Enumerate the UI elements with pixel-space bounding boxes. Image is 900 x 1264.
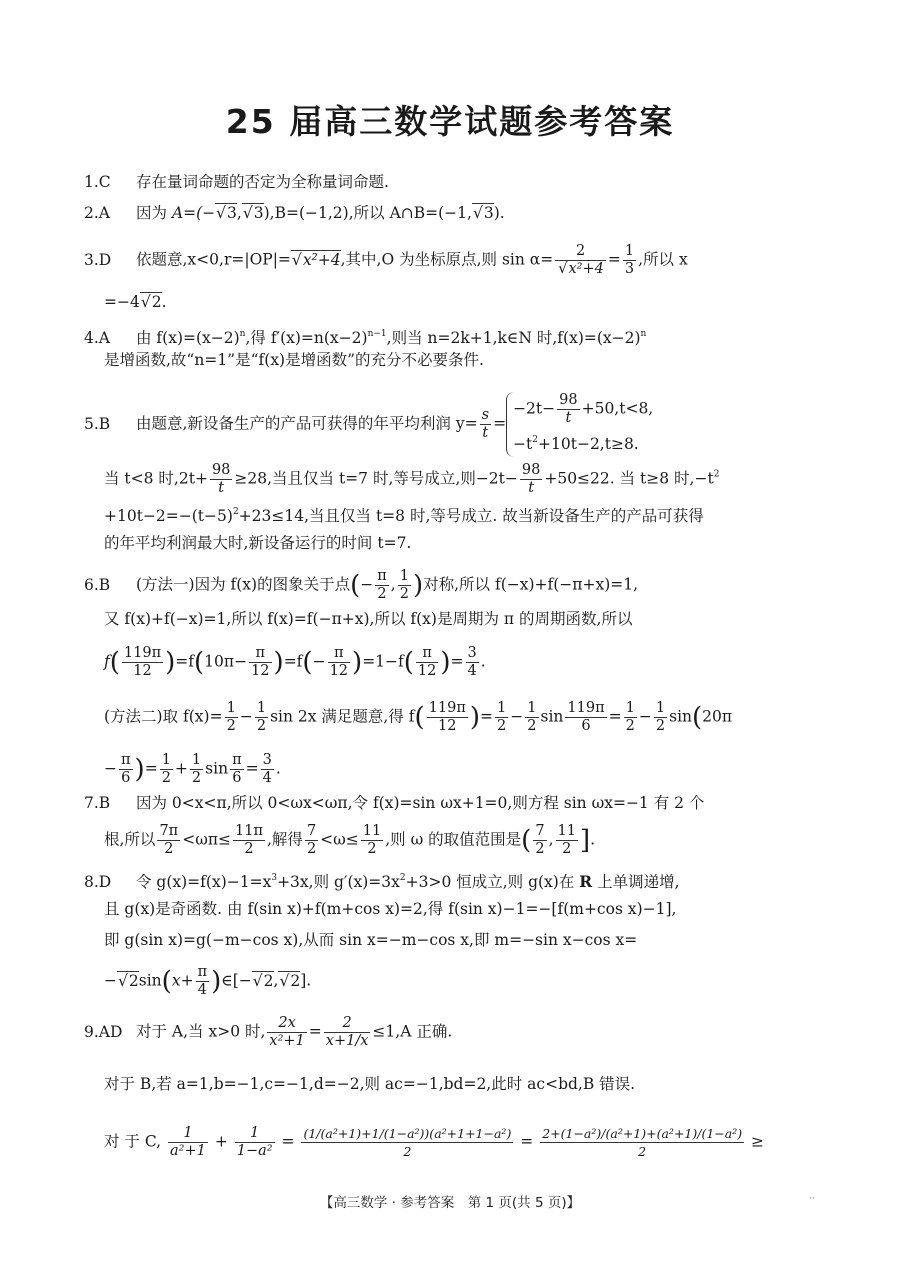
denominator: 2 [540, 1142, 744, 1160]
answer-text: R [579, 872, 592, 891]
answer-4-cont: 是增函数,故“n=1”是“f(x)是增函数”的充分不必要条件. [104, 350, 484, 370]
answer-number: 1.C [84, 172, 136, 192]
denominator: 2 [305, 840, 318, 858]
numerator: 7 [305, 823, 318, 840]
answer-text: 因为 0<x<π,所以 0<ωx<ωπ,令 f(x)=sin ωx+1=0,则方… [136, 794, 704, 812]
numerator: 11 [361, 823, 383, 840]
paren: ) [165, 648, 175, 678]
denominator: x²+1 [267, 1032, 306, 1050]
fraction: 112 [556, 823, 578, 858]
answer-6-method-2-cont: −π6)=12+12sinπ6=34. [104, 752, 281, 787]
answer-text: =−4 [104, 293, 140, 311]
exponent: n−1 [368, 329, 387, 339]
fraction: 34 [261, 752, 274, 787]
sqrt-expr: 3 [472, 203, 494, 222]
answer-text: sin 2x 满足题意,得 f [270, 708, 414, 726]
paren: ) [274, 648, 284, 678]
fraction: 98t [520, 462, 542, 497]
answer-text: − [240, 708, 253, 726]
denominator: t [480, 424, 491, 442]
denominator: 4 [196, 981, 210, 999]
denominator: 2 [654, 717, 667, 735]
numerator: 7 [533, 823, 546, 840]
numerator: 1 [225, 700, 238, 717]
answer-text: +50≤22. 当 t≥8 时,−t [544, 470, 713, 488]
numerator: 1 [654, 700, 667, 717]
answer-text: 且 g(x)是奇函数. 由 f(sin x)+f(m+cos x)=2,得 f(… [104, 900, 676, 918]
answer-text: + [215, 1133, 228, 1151]
answer-text: ≥28,当且仅当 t=7 时,等号成立,则−2t− [234, 470, 518, 488]
answer-text: . [590, 831, 595, 849]
denominator: 6 [119, 769, 133, 787]
answer-text: = [480, 708, 493, 726]
paren: ( [415, 703, 425, 733]
answer-number: 8.D [84, 872, 136, 892]
answer-text: +10t−2=−(t−5) [104, 507, 233, 525]
answer-text: x+ [172, 972, 194, 990]
numerator: 11 [556, 823, 578, 840]
answer-number: 2.A [84, 203, 136, 223]
fraction: 2xx²+1 [267, 1015, 306, 1050]
answer-text: 10π− [204, 653, 247, 671]
fraction: 34 [466, 645, 479, 680]
page-footer: 【高三数学 · 参考答案 第 1 页(共 5 页)】 [0, 1191, 900, 1211]
answer-9-cont-1: 对于 B,若 a=1,b=−1,c=−1,d=−2,则 ac=−1,bd=2,此… [104, 1074, 635, 1094]
answer-text: 当 t<8 时,2t+ [104, 470, 208, 488]
fraction: π6 [119, 752, 133, 787]
numerator: 1 [623, 243, 636, 260]
fraction: st [480, 407, 491, 442]
answer-4: 4.A由 f(x)=(x−2)n,得 f′(x)=n(x−2)n−1,则当 n=… [84, 324, 646, 348]
paren: ) [470, 703, 480, 733]
fraction: 12 [160, 752, 173, 787]
answer-text: − [104, 972, 117, 990]
numerator: 2 [555, 243, 606, 260]
denominator: t [557, 409, 579, 427]
denominator: 2 [225, 717, 238, 735]
denominator: 2 [233, 840, 265, 858]
numerator: 1 [495, 700, 508, 717]
numerator: π [416, 645, 438, 662]
numerator: π [196, 964, 210, 981]
answer-text: 令 g(x)=f(x)−1=x [136, 873, 271, 891]
numerator: 119π [122, 645, 163, 662]
fraction: 13 [623, 243, 636, 278]
answer-text: A=(− [172, 204, 215, 222]
answer-7: 7.B因为 0<x<π,所以 0<ωx<ωπ,令 f(x)=sin ωx+1=0… [84, 793, 704, 813]
denominator: a²+1 [168, 1142, 208, 1160]
numerator: 119π [427, 700, 468, 717]
numerator: s [480, 407, 491, 424]
numerator: 2x [267, 1015, 306, 1032]
fraction: 12 [525, 700, 538, 735]
answer-text: 对于 A,当 x>0 时, [136, 1023, 265, 1041]
fraction: 112 [361, 823, 383, 858]
sqrt-expr: 2 [117, 971, 139, 990]
numerator: π [328, 645, 350, 662]
fraction: 12 [398, 568, 411, 603]
fraction: π6 [230, 752, 244, 787]
answer-5-cont-1: 当 t<8 时,2t+98t≥28,当且仅当 t=7 时,等号成立,则−2t−9… [104, 462, 719, 497]
fraction: π4 [196, 964, 210, 999]
denominator: 3 [623, 260, 636, 278]
corner-mark: ·· [809, 1194, 815, 1204]
denominator: 2 [495, 717, 508, 735]
fraction: 98t [557, 392, 579, 427]
numerator: 98 [210, 462, 232, 479]
answer-text: (方法二)取 f(x)= [104, 708, 223, 726]
paren: ( [302, 648, 312, 678]
sqrt-expr: x²+4 [557, 260, 604, 277]
denominator: 4 [261, 769, 274, 787]
paren: ) [440, 648, 450, 678]
sqrt-expr: 2 [252, 971, 274, 990]
denominator: 12 [416, 662, 438, 680]
fraction: 12 [255, 700, 268, 735]
piece-2: −t2+10t−2,t≥8. [513, 427, 653, 457]
numerator: 1 [190, 752, 203, 769]
answer-text: ,所以 x [638, 251, 688, 269]
fraction: π12 [249, 645, 271, 680]
fraction: 2x+1/x [324, 1015, 371, 1050]
exponent: n [641, 329, 647, 339]
answer-text: 的年平均利润最大时,新设备运行的时间 t=7. [104, 534, 411, 552]
fraction: 119π6 [565, 700, 606, 735]
answer-text: = [309, 1023, 322, 1041]
answer-text: ]. [300, 972, 311, 990]
answer-7-cont: 根,所以7π2<ωπ≤11π2,解得72<ω≤112,则 ω 的取值范围是(72… [104, 823, 595, 858]
answer-number: 9.AD [84, 1022, 136, 1042]
answer-text: +23≤14,当且仅当 t=8 时,等号成立. 故当新设备生产的产品可获得 [239, 507, 704, 525]
fraction: (1/(a²+1)+1/(1−a²))(a²+1+1−a²)2 [301, 1125, 513, 1160]
answer-text: ,则 ω 的取值范围是 [385, 831, 521, 849]
paren: ( [162, 967, 172, 997]
denominator: 2 [255, 717, 268, 735]
answer-6-cont-2: f(119π12)=f(10π−π12)=f(−π12)=1−f(π12)=34… [104, 645, 486, 680]
answer-text: − [639, 708, 652, 726]
numerator: 2 [324, 1015, 371, 1032]
fraction: 12 [654, 700, 667, 735]
answer-8-cont-3: −2sin(x+π4)∈[−2,2]. [104, 964, 311, 999]
fraction: 12 [495, 700, 508, 735]
sqrt-expr: 3 [215, 203, 237, 222]
numerator: 3 [466, 645, 479, 662]
denominator: x²+4 [555, 260, 606, 278]
numerator: 1 [235, 1125, 275, 1142]
sqrt-expr: 2 [278, 971, 300, 990]
answer-text: +10t−2,t≥8. [538, 435, 639, 453]
answer-text: − [360, 576, 373, 594]
fraction: π12 [328, 645, 350, 680]
answer-8: 8.D令 g(x)=f(x)−1=x3+3x,则 g′(x)=3x2+3>0 恒… [84, 868, 680, 892]
answer-text: ,解得 [267, 831, 303, 849]
answer-text: 对称,所以 f(−x)+f(−π+x)=1, [423, 576, 638, 594]
denominator: 6 [230, 769, 244, 787]
answer-number: 3.D [84, 250, 136, 270]
answer-text: . [481, 653, 486, 671]
answer-text: 由 f(x)=(x−2) [136, 329, 240, 347]
answer-text: sin [139, 972, 162, 990]
answer-text: 由题意,新设备生产的产品可获得的年平均利润 y= [136, 415, 478, 433]
answer-5-cont-3: 的年平均利润最大时,新设备运行的时间 t=7. [104, 533, 411, 553]
answer-text: ). [494, 204, 505, 222]
answer-number: 4.A [84, 328, 136, 348]
paren: ( [194, 648, 204, 678]
answer-text: 即 g(sin x)=g(−m−cos x),从而 sin x=−m−cos x… [104, 931, 637, 949]
fraction: 11π2 [233, 823, 265, 858]
denominator: 1−a² [235, 1142, 275, 1160]
paren: ( [404, 648, 414, 678]
paren: ( [110, 648, 120, 678]
answer-2: 2.A因为 A=(−3,3),B=(−1,2),所以 A∩B=(−1,3). [84, 203, 505, 223]
denominator: 2 [160, 769, 173, 787]
fraction: 72 [533, 823, 546, 858]
answer-text: =1−f [362, 653, 404, 671]
answer-text: − [510, 708, 523, 726]
denominator: 2 [525, 717, 538, 735]
denominator: 2 [398, 585, 411, 603]
numerator: (1/(a²+1)+1/(1−a²))(a²+1+1−a²) [301, 1125, 513, 1142]
denominator: 12 [249, 662, 271, 680]
denominator: x+1/x [324, 1032, 371, 1050]
paren: ( [692, 703, 702, 733]
numerator: 1 [168, 1125, 208, 1142]
denominator: 4 [466, 662, 479, 680]
piece-1: −2t−98t+50,t<8, [513, 392, 653, 427]
answer-5: 5.B由题意,新设备生产的产品可获得的年平均利润 y=st=−2t−98t+50… [84, 392, 653, 457]
answer-text: 存在量词命题的否定为全称量词命题. [136, 173, 389, 191]
answer-text: = [609, 708, 622, 726]
answer-text: 又 f(x)+f(−x)=1,所以 f(x)=f(−π+x),所以 f(x)是周… [104, 610, 632, 628]
paren: ) [211, 967, 221, 997]
paren: ) [413, 571, 423, 601]
fraction: 11−a² [235, 1125, 275, 1160]
answer-text: 依题意,x<0,r=|OP|= [136, 251, 291, 269]
numerator: 1 [624, 700, 637, 717]
answer-8-cont-1: 且 g(x)是奇函数. 由 f(sin x)+f(m+cos x)=2,得 f(… [104, 899, 676, 919]
answer-text: 对于 B,若 a=1,b=−1,c=−1,d=−2,则 ac=−1,bd=2,此… [104, 1075, 635, 1093]
denominator: 2 [556, 840, 578, 858]
answer-text: +50,t<8, [582, 400, 654, 418]
answer-number: 7.B [84, 793, 136, 813]
denominator: 12 [122, 662, 163, 680]
answer-text: = [451, 653, 464, 671]
fraction: π12 [416, 645, 438, 680]
sqrt-expr: 3 [242, 203, 264, 222]
answer-text: ,得 f′(x)=n(x−2) [245, 329, 367, 347]
denominator: 2 [375, 585, 389, 603]
denominator: t [520, 479, 542, 497]
answer-text: = [246, 760, 259, 778]
answer-text: +3x,则 g′(x)=3x [277, 873, 400, 891]
answer-text: 对 于 C, [104, 1133, 161, 1151]
answer-text: ,其中,O 为坐标原点,则 sin α= [341, 251, 554, 269]
answer-text: (方法一)因为 f(x)的图象关于点 [136, 576, 350, 594]
answer-text: 因为 [136, 204, 172, 222]
answer-text: 是增函数,故“n=1”是“f(x)是增函数”的充分不必要条件. [104, 351, 484, 369]
numerator: 2+(1−a²)/(a²+1)+(a²+1)/(1−a²) [540, 1125, 744, 1142]
piecewise-function: −2t−98t+50,t<8,−t2+10t−2,t≥8. [506, 392, 653, 457]
denominator: 12 [427, 717, 468, 735]
denominator: 12 [328, 662, 350, 680]
answer-6-cont-1: 又 f(x)+f(−x)=1,所以 f(x)=f(−π+x),所以 f(x)是周… [104, 609, 632, 629]
answer-text: ,则当 n=2k+1,k∈N 时,f(x)=(x−2) [387, 329, 641, 347]
answer-text: sin [205, 760, 228, 778]
fraction: 12 [190, 752, 203, 787]
fraction: 1a²+1 [168, 1125, 208, 1160]
answer-text: ≥ [751, 1133, 764, 1151]
fraction: 119π12 [122, 645, 163, 680]
answer-text: = [608, 251, 621, 269]
answer-text: ≤1,A 正确. [372, 1023, 452, 1041]
denominator: 2 [157, 840, 180, 858]
answer-text: 上单调递增, [592, 873, 679, 891]
denominator: t [210, 479, 232, 497]
numerator: 119π [565, 700, 606, 717]
answer-3: 3.D依题意,x<0,r=|OP|=x²+4,其中,O 为坐标原点,则 sin … [84, 243, 688, 278]
denominator: 2 [301, 1142, 513, 1160]
page-title: 25 届高三数学试题参考答案 [0, 96, 900, 143]
numerator: 1 [398, 568, 411, 585]
answer-text: sin [669, 708, 692, 726]
numerator: 98 [520, 462, 542, 479]
fraction: 119π12 [427, 700, 468, 735]
denominator: 6 [565, 717, 606, 735]
paren: ) [135, 755, 145, 785]
numerator: 7π [157, 823, 180, 840]
fraction: π2 [375, 568, 389, 603]
answer-9-cont-2: 对 于 C, 1a²+1 + 11−a² = (1/(a²+1)+1/(1−a²… [104, 1125, 764, 1160]
answer-text: <ω≤ [320, 831, 359, 849]
numerator: 98 [557, 392, 579, 409]
answer-text: <ωπ≤ [182, 831, 231, 849]
fraction: 7π2 [157, 823, 180, 858]
answer-text: =f [284, 653, 303, 671]
answer-text: 根,所以 [104, 831, 155, 849]
paren: ) [352, 648, 362, 678]
numerator: 1 [525, 700, 538, 717]
answer-text: = [282, 1133, 295, 1151]
answer-text: , [391, 576, 396, 594]
sqrt-expr: x²+4 [291, 250, 341, 269]
numerator: 1 [160, 752, 173, 769]
answer-text: −2t− [513, 400, 555, 418]
denominator: 2 [361, 840, 383, 858]
answer-text: ),B=(−1,2),所以 A∩B=(−1, [264, 204, 472, 222]
answer-number: 6.B [84, 575, 136, 595]
answer-3-cont: =−42. [104, 292, 167, 312]
numerator: 1 [255, 700, 268, 717]
denominator: 2 [624, 717, 637, 735]
answer-text: = [493, 415, 506, 433]
paren: ( [350, 571, 360, 601]
numerator: π [249, 645, 271, 662]
answer-9: 9.AD对于 A,当 x>0 时,2xx²+1=2x+1/x≤1,A 正确. [84, 1015, 452, 1050]
numerator: π [230, 752, 244, 769]
numerator: 3 [261, 752, 274, 769]
fraction: 72 [305, 823, 318, 858]
exponent: 2 [714, 470, 720, 480]
answer-text: − [104, 760, 117, 778]
fraction: 2+(1−a²)/(a²+1)+(a²+1)/(1−a²)2 [540, 1125, 744, 1160]
answer-text: . [276, 760, 281, 778]
denominator: 2 [190, 769, 203, 787]
answer-6: 6.B(方法一)因为 f(x)的图象关于点(−π2,12)对称,所以 f(−x)… [84, 568, 638, 603]
answer-text: 20π [702, 708, 732, 726]
paren: ( [521, 826, 531, 856]
answer-8-cont-2: 即 g(sin x)=g(−m−cos x),从而 sin x=−m−cos x… [104, 930, 637, 950]
answer-text: , [549, 831, 554, 849]
answer-number: 5.B [84, 411, 136, 437]
answer-text: ∈[− [221, 972, 252, 990]
denominator: 2 [533, 840, 546, 858]
fraction: 12 [225, 700, 238, 735]
numerator: 11π [233, 823, 265, 840]
bracket: ] [580, 826, 590, 856]
answer-text: = [520, 1133, 533, 1151]
answer-text: =f [175, 653, 194, 671]
answer-text: + [175, 760, 188, 778]
numerator: π [119, 752, 133, 769]
sqrt-expr: 2 [140, 292, 162, 311]
answer-text: sin [541, 708, 564, 726]
answer-text: . [162, 293, 167, 311]
answer-text: − [313, 653, 326, 671]
answer-1: 1.C存在量词命题的否定为全称量词命题. [84, 172, 389, 192]
fraction: 2x²+4 [555, 243, 606, 278]
answer-text: = [145, 760, 158, 778]
answer-5-cont-2: +10t−2=−(t−5)2+23≤14,当且仅当 t=8 时,等号成立. 故当… [104, 502, 704, 526]
answer-text: −t [513, 435, 532, 453]
answer-6-method-2: (方法二)取 f(x)=12−12sin 2x 满足题意,得 f(119π12)… [104, 700, 732, 735]
answer-text: +3>0 恒成立,则 g(x)在 [406, 873, 580, 891]
numerator: π [375, 568, 389, 585]
fraction: 12 [624, 700, 637, 735]
fraction: 98t [210, 462, 232, 497]
